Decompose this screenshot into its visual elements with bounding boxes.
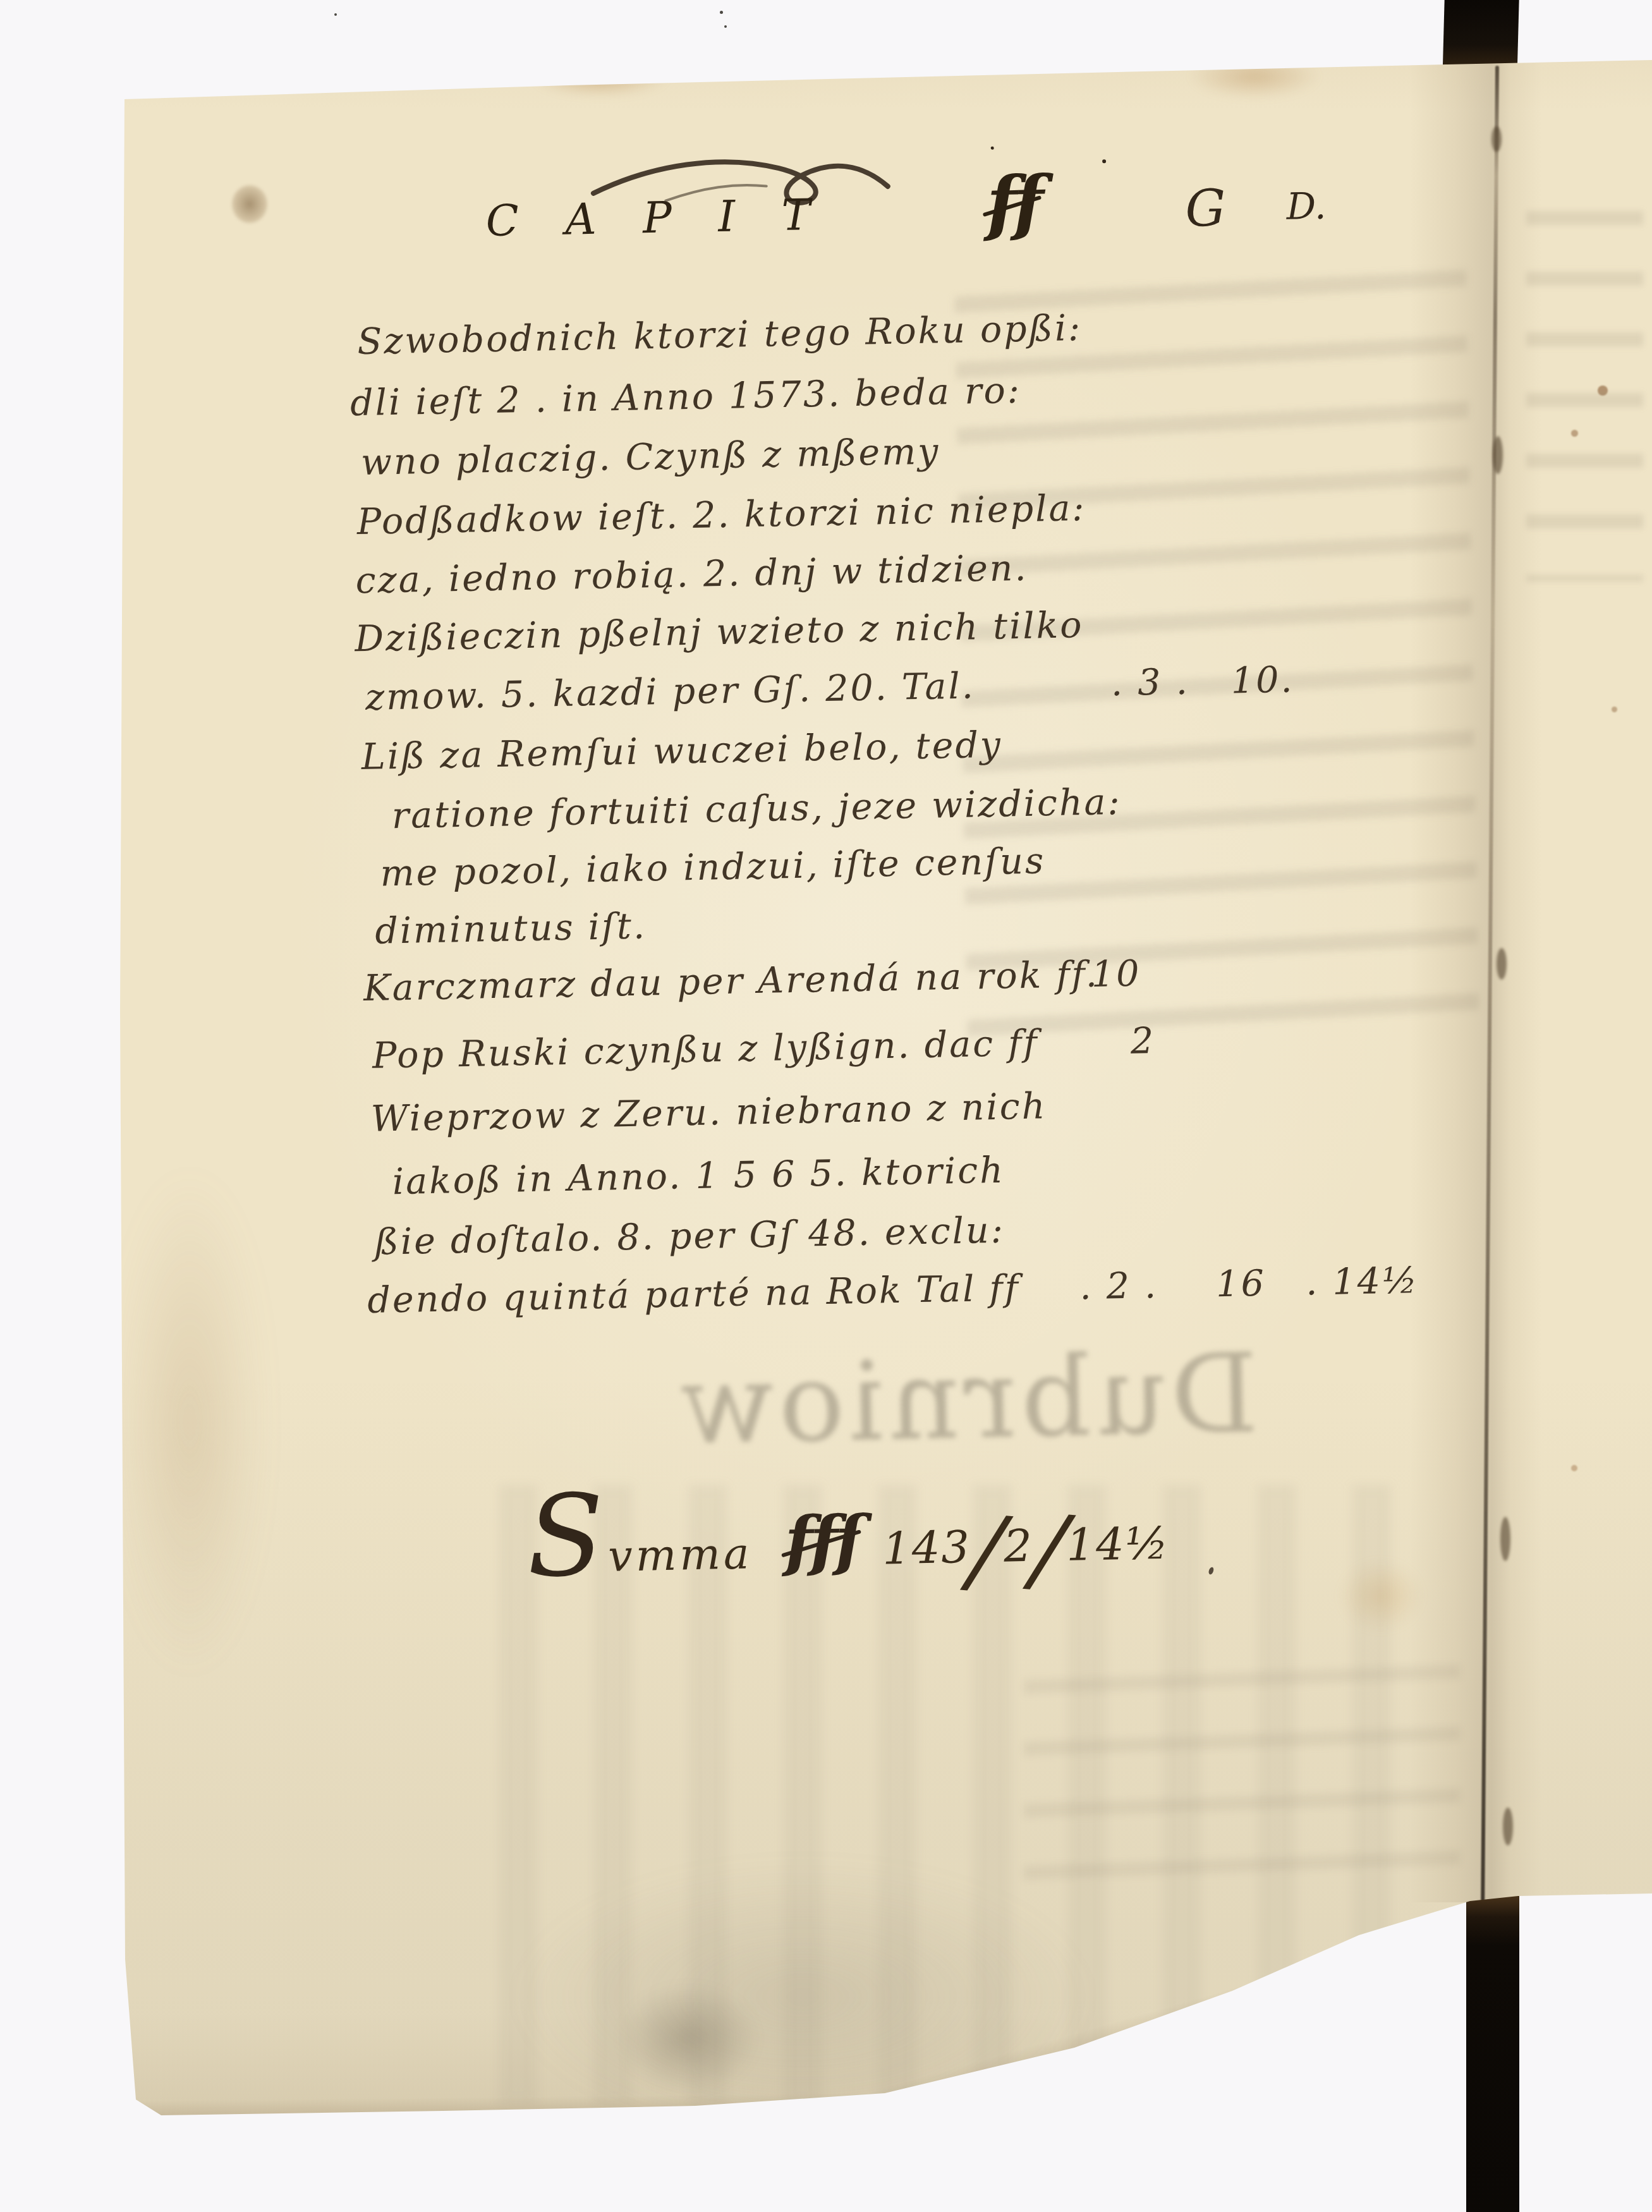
manuscript-line: ratione fortuiti caſus, jeze wizdicha: bbox=[391, 781, 1122, 837]
amount-figure: 16 bbox=[1216, 1263, 1266, 1305]
manuscript-line: dendo quintá parté na Rok Tal ff bbox=[367, 1267, 1020, 1322]
manuscript-line: Szwobodnich ktorzi tego Roku opßi: bbox=[357, 307, 1083, 363]
slash-stroke: / bbox=[1033, 1548, 1066, 1551]
summa-amount: 143/2/14½ bbox=[882, 1517, 1170, 1575]
florin-monogram: ff bbox=[986, 161, 1041, 245]
manuscript-line: Pop Ruski czynßu z lyßign. dac ff bbox=[372, 1023, 1039, 1077]
amount-figure: . 2 . bbox=[1079, 1265, 1158, 1308]
manuscript-line: Karczmarz dau per Arendá na rok ff. bbox=[363, 954, 1099, 1009]
manuscript-line: Liß za Remſui wuczei belo, tedy bbox=[361, 724, 1002, 778]
manuscript-page: Dubrniow C A P I T ff G D. Szwobodnich k… bbox=[0, 0, 1652, 2212]
manuscript-line: iakoß in Anno. 1 5 6 5. ktorich bbox=[392, 1150, 1005, 1203]
amount-part: 2 bbox=[1004, 1520, 1034, 1572]
ink-speck bbox=[1208, 1567, 1215, 1576]
manuscript-line: me pozol, iako indzui, iſte cenſus bbox=[380, 840, 1046, 894]
scanned-book-page: Dubrniow C A P I T ff G D. Szwobodnich k… bbox=[0, 0, 1652, 2212]
header-letter-g: G bbox=[1185, 179, 1227, 238]
summa-initial: S bbox=[526, 1470, 605, 1602]
manuscript-line: ßie doſtalo. 8. per Gſ 48. exclu: bbox=[374, 1210, 1005, 1263]
ink-layer: C A P I T ff G D. Szwobodnich ktorzi teg… bbox=[0, 0, 1652, 2212]
manuscript-line: dli ieſt 2 . in Anno 1573. beda ro: bbox=[350, 370, 1022, 424]
manuscript-line: zmow. 5. kazdi per Gſ. 20. Tal. bbox=[365, 665, 976, 719]
book-cover-strip-bottom bbox=[1466, 1895, 1519, 2212]
chapter-title: C A P I T bbox=[485, 190, 827, 246]
manuscript-line: cza, iedno robią. 2. dnj w tidzien. bbox=[355, 547, 1028, 602]
amount-figure: . 14½ bbox=[1306, 1260, 1419, 1303]
slash-stroke: / bbox=[971, 1550, 1004, 1552]
dust-speck bbox=[334, 13, 337, 16]
amount-part: 14½ bbox=[1066, 1517, 1170, 1571]
dust-speck bbox=[724, 25, 727, 28]
manuscript-line: Podßadkow ieſt. 2. ktorzi nic niepla: bbox=[356, 487, 1086, 543]
summa-florin-symbol: ffſ bbox=[784, 1500, 861, 1579]
manuscript-line: wno placzig. Czynß z mßemy bbox=[360, 430, 940, 483]
amount-figure: . 3 . bbox=[1110, 661, 1189, 704]
amount-part: 143 bbox=[882, 1521, 971, 1575]
amount-figure: 10. bbox=[1230, 659, 1294, 702]
amount-figure: 10 bbox=[1091, 952, 1141, 995]
header-letter-d: D. bbox=[1286, 185, 1327, 228]
summa-word: vmma bbox=[608, 1529, 753, 1581]
ink-speck bbox=[991, 147, 994, 150]
manuscript-line: diminutus iſt. bbox=[375, 905, 647, 952]
manuscript-line: Dzißieczin pßelnj wzieto z nich tilko bbox=[355, 604, 1084, 660]
amount-figure: 2 bbox=[1130, 1020, 1156, 1062]
ink-speck bbox=[1102, 159, 1106, 163]
manuscript-line: Wieprzow z Zeru. niebrano z nich bbox=[370, 1085, 1047, 1140]
dust-speck bbox=[720, 11, 723, 14]
